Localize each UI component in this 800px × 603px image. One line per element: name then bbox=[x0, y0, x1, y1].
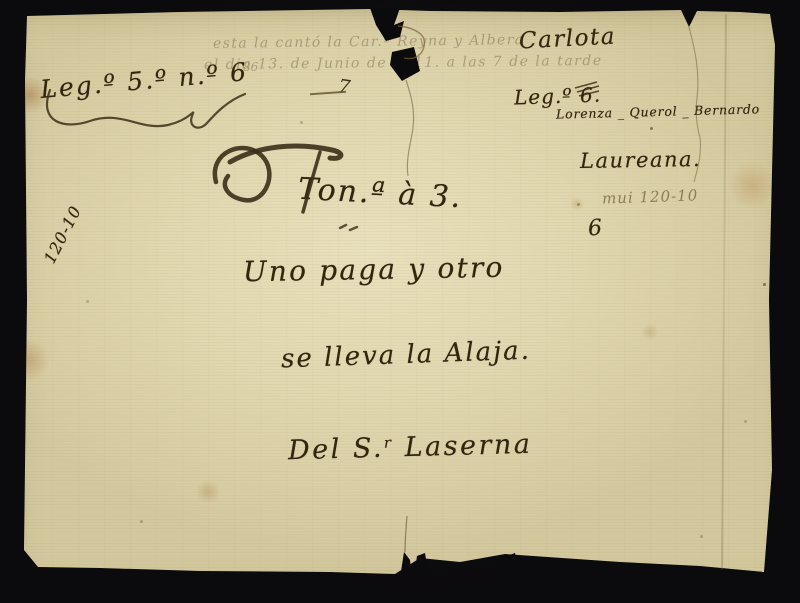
foxing-speck bbox=[300, 121, 303, 124]
foxing-speck bbox=[700, 535, 703, 538]
pencil-price-note: mui 120-10 bbox=[602, 186, 699, 207]
foxing-speck bbox=[86, 300, 89, 303]
foxing-speck bbox=[744, 420, 747, 423]
author-attribution: Del S.r Laserna bbox=[288, 429, 533, 466]
foxing-speck bbox=[763, 283, 766, 286]
foxing-speck bbox=[577, 203, 580, 206]
attribution-surname: Laserna bbox=[393, 429, 533, 464]
faint-number-86: 86 bbox=[243, 60, 258, 74]
attribution-superscript: r bbox=[384, 434, 394, 452]
inscription-carlota: Carlota bbox=[518, 23, 616, 54]
title-line1: Uno paga y otro bbox=[243, 251, 505, 289]
foxing-speck bbox=[140, 520, 143, 523]
tear-bottom-arch-notch bbox=[500, 553, 521, 576]
attribution-text: Del S. bbox=[288, 433, 385, 467]
inscription-laureana: Laureana. bbox=[580, 147, 702, 173]
photograph-of-manuscript-cover: esta la cantó la Car.ª Reyna y Albera el… bbox=[0, 0, 800, 603]
foxing-speck bbox=[650, 127, 653, 130]
stray-six: 6 bbox=[587, 216, 603, 242]
